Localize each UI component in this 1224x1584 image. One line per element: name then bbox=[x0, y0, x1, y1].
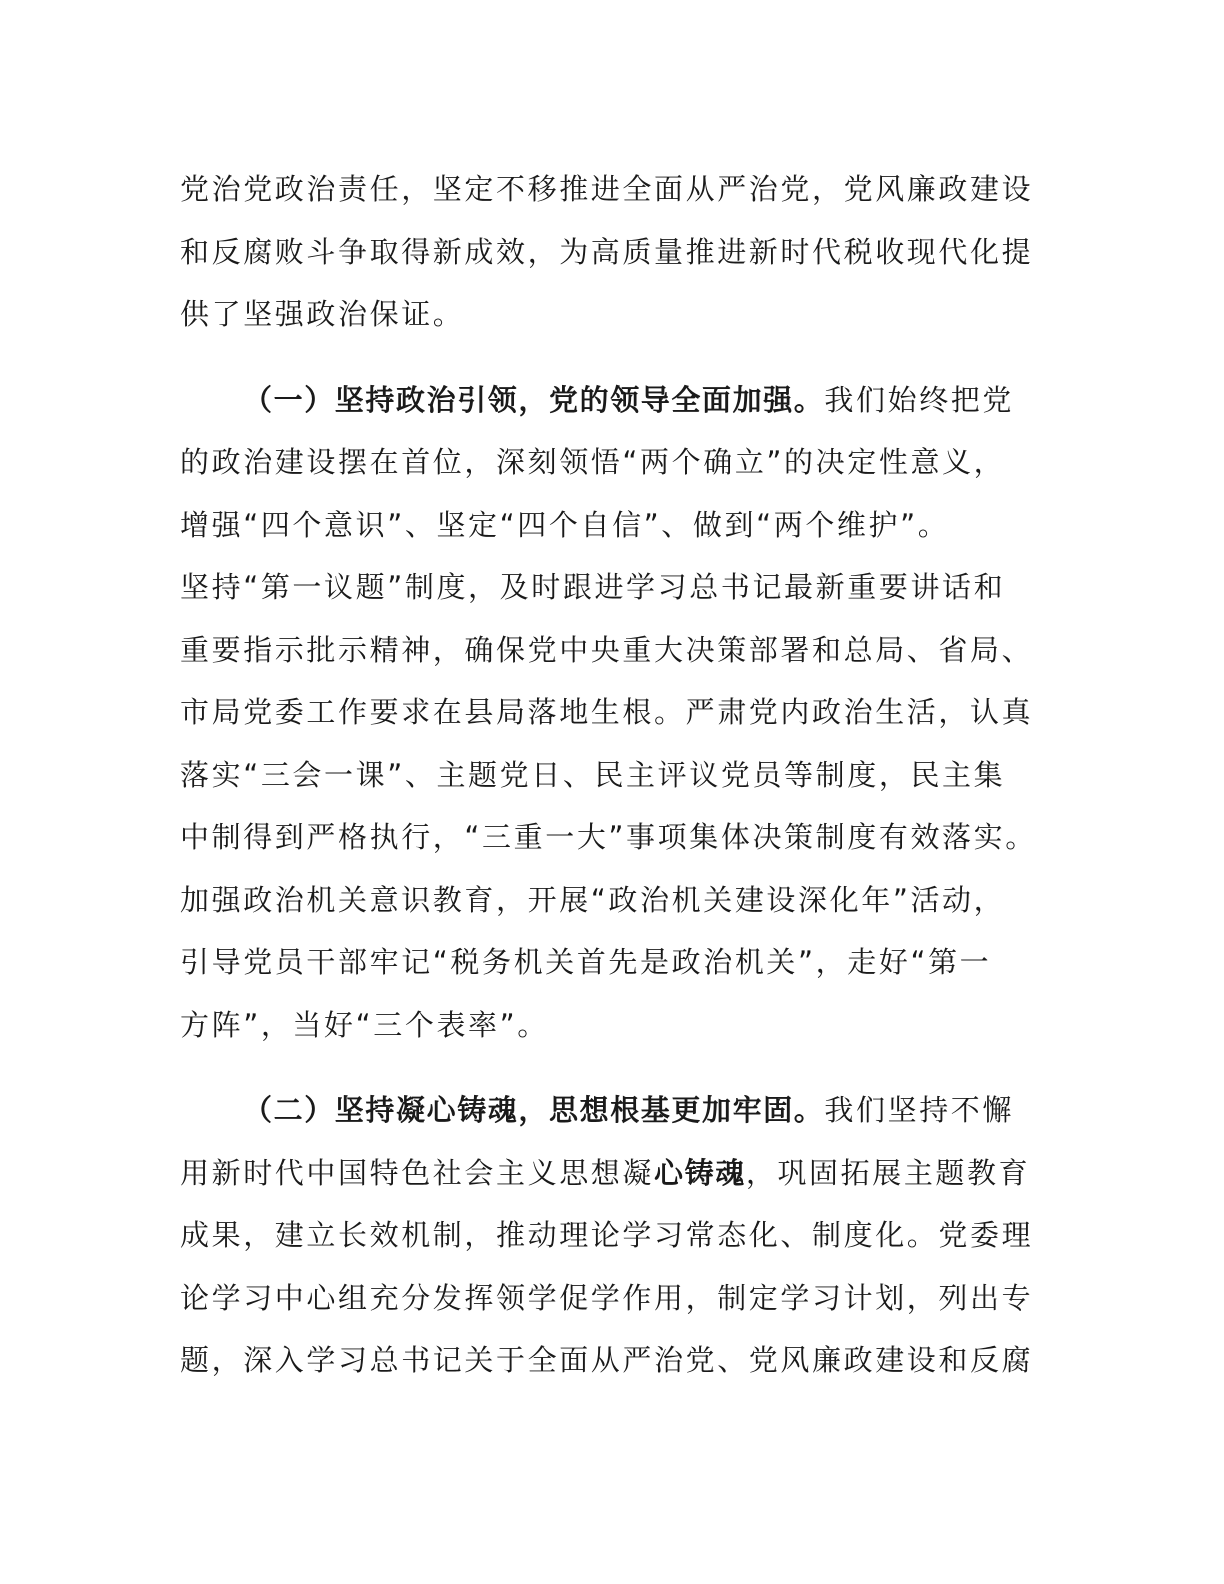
text-line: 中制得到严格执行，“三重一大”事项集体决策制度有效落实。 bbox=[180, 806, 1060, 869]
text-line: 市局党委工作要求在县局落地生根。严肃党内政治生活，认真 bbox=[180, 681, 1060, 744]
text-line: （一）坚持政治引领，党的领导全面加强。我们始终把党 bbox=[180, 369, 1060, 432]
text-run: 用新时代中国特色社会主义思想凝 bbox=[180, 1156, 654, 1190]
text-line: 加强政治机关意识教育，开展“政治机关建设深化年”活动， bbox=[180, 869, 1060, 932]
text-line: 成果，建立长效机制，推动理论学习常态化、制度化。党委理 bbox=[180, 1204, 1060, 1267]
text-line: 重要指示批示精神，确保党中央重大决策部署和总局、省局、 bbox=[180, 619, 1060, 682]
text-line: 落实“三会一课”、主题党日、民主评议党员等制度，民主集 bbox=[180, 744, 1060, 807]
paragraph-intro-tail: 党治党政治责任，坚定不移推进全面从严治党，党风廉政建设 和反腐败斗争取得新成效，… bbox=[180, 158, 1060, 346]
text-line: 坚持“第一议题”制度，及时跟进学习总书记最新重要讲话和 bbox=[180, 556, 1060, 619]
text-line: 题，深入学习总书记关于全面从严治党、党风廉政建设和反腐 bbox=[180, 1329, 1060, 1392]
text-line: 和反腐败斗争取得新成效，为高质量推进新时代税收现代化提 bbox=[180, 221, 1060, 284]
text-line: 论学习中心组充分发挥领学促学作用，制定学习计划，列出专 bbox=[180, 1267, 1060, 1330]
text-line: 用新时代中国特色社会主义思想凝心铸魂，巩固拓展主题教育 bbox=[180, 1142, 1060, 1205]
text-line: 的政治建设摆在首位，深刻领悟“两个确立”的决定性意义， bbox=[180, 431, 1060, 494]
bold-text-run: 心铸魂 bbox=[654, 1156, 746, 1190]
text-line: 供了坚强政治保证。 bbox=[180, 283, 1060, 346]
section-heading: （一）坚持政治引领，党的领导全面加强。 bbox=[243, 383, 824, 417]
text-line: 引导党员干部牢记“税务机关首先是政治机关”，走好“第一 bbox=[180, 931, 1060, 994]
text-run: 我们坚持不懈 bbox=[824, 1093, 1014, 1127]
text-line: （二）坚持凝心铸魂，思想根基更加牢固。我们坚持不懈 bbox=[180, 1079, 1060, 1142]
text-line: 增强“四个意识”、坚定“四个自信”、做到“两个维护”。 bbox=[180, 494, 1060, 557]
paragraph-section-1: （一）坚持政治引领，党的领导全面加强。我们始终把党 的政治建设摆在首位，深刻领悟… bbox=[180, 369, 1060, 1057]
text-line: 党治党政治责任，坚定不移推进全面从严治党，党风廉政建设 bbox=[180, 158, 1060, 221]
document-page: 党治党政治责任，坚定不移推进全面从严治党，党风廉政建设 和反腐败斗争取得新成效，… bbox=[180, 158, 1060, 1392]
text-line: 方阵”，当好“三个表率”。 bbox=[180, 994, 1060, 1057]
paragraph-section-2: （二）坚持凝心铸魂，思想根基更加牢固。我们坚持不懈 用新时代中国特色社会主义思想… bbox=[180, 1079, 1060, 1392]
text-run: ，巩固拓展主题教育 bbox=[746, 1156, 1030, 1190]
section-heading: （二）坚持凝心铸魂，思想根基更加牢固。 bbox=[243, 1093, 824, 1127]
text-run: 我们始终把党 bbox=[824, 383, 1014, 417]
